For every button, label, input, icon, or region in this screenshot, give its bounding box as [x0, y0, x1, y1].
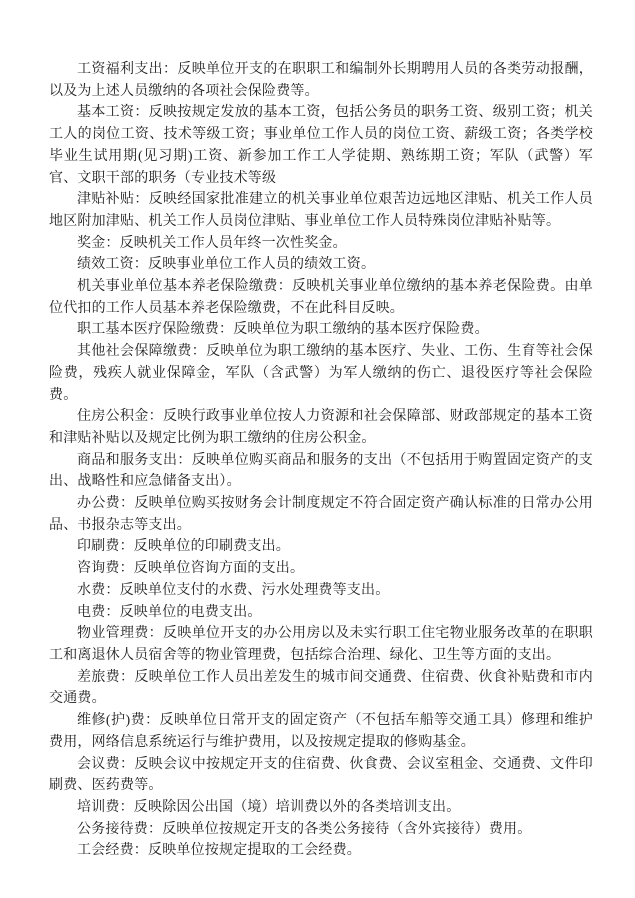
glossary-paragraph: 其他社会保障缴费：反映单位为职工缴纳的基本医疗、失业、工伤、生育等社会保险费，残…	[49, 341, 593, 406]
glossary-paragraph: 物业管理费：反映单位开支的办公用房以及未实行职工住宅物业服务改革的在职职工和离退…	[49, 623, 593, 666]
glossary-paragraph: 绩效工资：反映事业单位工作人员的绩效工资。	[49, 254, 593, 276]
glossary-paragraph: 差旅费：反映单位工作人员出差发生的城市间交通费、住宿费、伙食补贴费和市内交通费。	[49, 667, 593, 710]
glossary-paragraph: 公务接待费：反映单位按规定开支的各类公务接待（含外宾接待）费用。	[49, 819, 593, 841]
glossary-paragraph: 印刷费：反映单位的印刷费支出。	[49, 536, 593, 558]
glossary-paragraph: 工资福利支出：反映单位开支的在职职工和编制外长期聘用人员的各类劳动报酬，以及为上…	[49, 59, 593, 102]
glossary-paragraph: 基本工资：反映按规定发放的基本工资，包括公务员的职务工资、级别工资；机关工人的岗…	[49, 102, 593, 189]
glossary-text-block: 工资福利支出：反映单位开支的在职职工和编制外长期聘用人员的各类劳动报酬，以及为上…	[49, 59, 593, 862]
glossary-paragraph: 会议费：反映会议中按规定开支的住宿费、伙食费、会议室租金、交通费、文件印刷费、医…	[49, 754, 593, 797]
glossary-paragraph: 办公费：反映单位购买按财务会计制度规定不符合固定资产确认标准的日常办公用品、书报…	[49, 493, 593, 536]
glossary-paragraph: 电费：反映单位的电费支出。	[49, 602, 593, 624]
glossary-paragraph: 商品和服务支出：反映单位购买商品和服务的支出（不包括用于购置固定资产的支出、战略…	[49, 450, 593, 493]
glossary-paragraph: 奖金：反映机关工作人员年终一次性奖金。	[49, 233, 593, 255]
glossary-paragraph: 培训费：反映除因公出国（境）培训费以外的各类培训支出。	[49, 797, 593, 819]
glossary-paragraph: 津贴补贴：反映经国家批准建立的机关事业单位艰苦边远地区津贴、机关工作人员地区附加…	[49, 189, 593, 232]
glossary-paragraph: 职工基本医疗保险缴费：反映单位为职工缴纳的基本医疗保险费。	[49, 319, 593, 341]
glossary-paragraph: 咨询费：反映单位咨询方面的支出。	[49, 558, 593, 580]
glossary-paragraph: 工会经费：反映单位按规定提取的工会经费。	[49, 840, 593, 862]
glossary-paragraph: 机关事业单位基本养老保险缴费：反映机关事业单位缴纳的基本养老保险费。由单位代扣的…	[49, 276, 593, 319]
glossary-paragraph: 水费：反映单位支付的水费、污水处理费等支出。	[49, 580, 593, 602]
glossary-paragraph: 维修(护)费：反映单位日常开支的固定资产（不包括车船等交通工具）修理和维护费用，…	[49, 710, 593, 753]
glossary-paragraph: 住房公积金：反映行政事业单位按人力资源和社会保障部、财政部规定的基本工资和津贴补…	[49, 406, 593, 449]
document-page: 工资福利支出：反映单位开支的在职职工和编制外长期聘用人员的各类劳动报酬，以及为上…	[0, 0, 635, 898]
